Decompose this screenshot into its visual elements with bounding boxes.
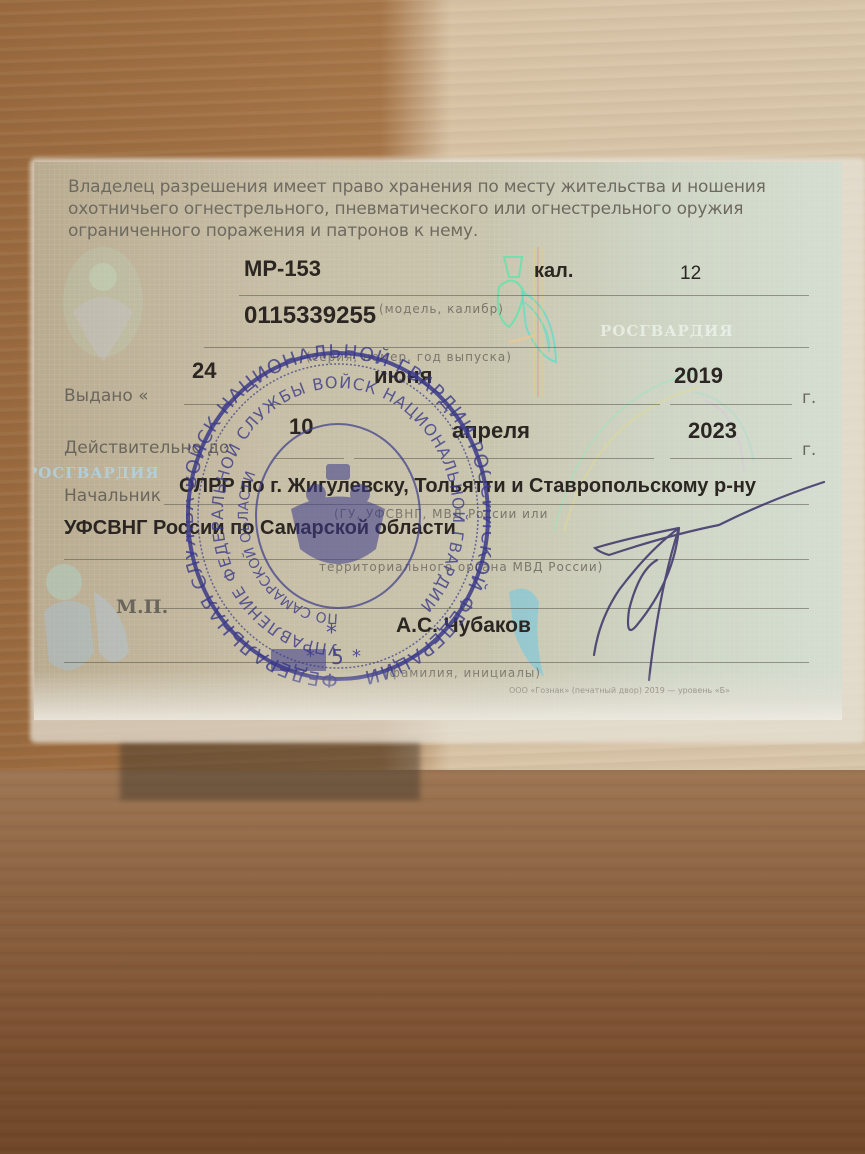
hologram-emblem-icon [48,242,158,382]
svg-text:*: * [326,621,337,646]
card-reflection [120,740,420,800]
serial-number: 0115339255 [244,302,376,330]
valid-year: 2023 [688,418,737,444]
rosgvardiya-watermark: РОСГВАРДИЯ [600,322,734,340]
valid-year-suffix: г. [802,440,816,460]
permit-card: Владелец разрешения имеет право хранения… [34,162,842,720]
rosgvardiya-watermark-left: РОСГВАРДИЯ [34,464,160,482]
weapon-model: МР-153 [244,256,321,282]
wooden-table-foreground [0,770,865,1154]
issued-year-suffix: г. [802,388,816,408]
stamp-center-number: 5 [331,645,344,669]
laminate-glare [34,670,842,720]
svg-text:*: * [352,646,361,667]
model-hint: (модель, калибр) [379,302,504,316]
chief-label: Начальник [64,486,161,506]
caliber-label: кал. [534,260,573,283]
rule-issued-year [670,404,792,405]
handwritten-signature [539,480,829,690]
caliber-value: 12 [680,263,701,285]
rule-valid-year [670,458,792,459]
seal-label: М.П. [116,596,168,618]
issued-year: 2019 [674,363,723,389]
official-stamp-seal: ФЕДЕРАЛЬНАЯ СЛУЖБА ВОЙСК НАЦИОНАЛЬНОЙ ГВ… [186,344,491,689]
issued-label: Выдано « [64,386,149,406]
rule-model [239,295,809,296]
permit-rights-text: Владелец разрешения имеет право хранения… [68,176,828,242]
